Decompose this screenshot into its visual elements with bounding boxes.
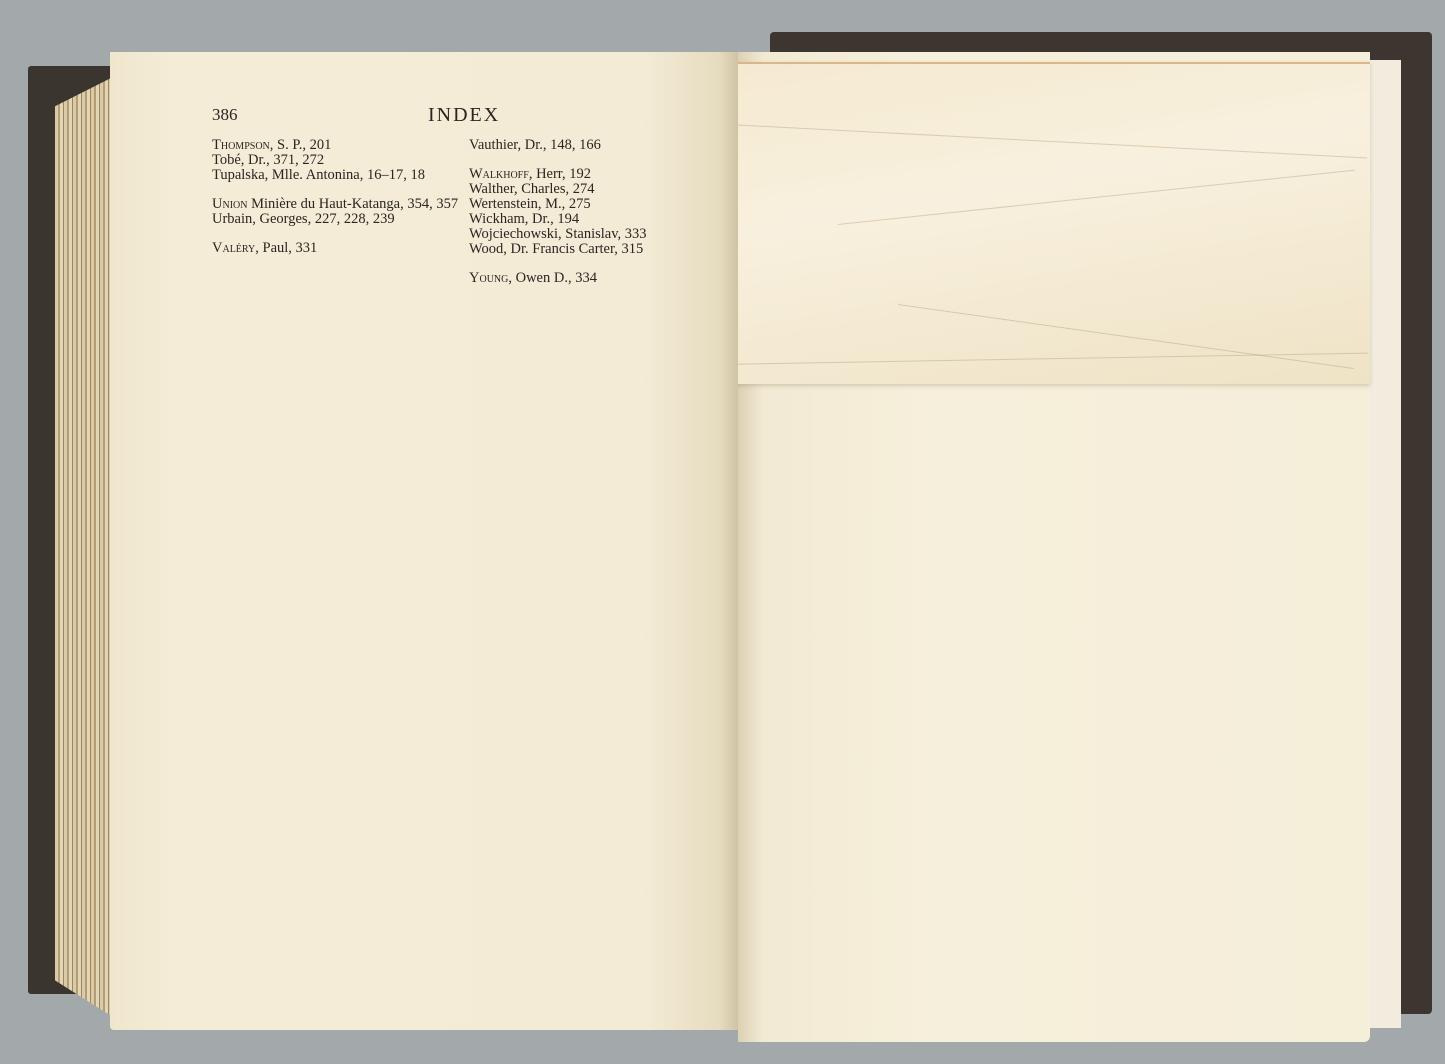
index-entry: Wojciechowski, Stanislav, 333: [469, 227, 709, 242]
index-entry: Tupalska, Mlle. Antonina, 16–17, 18: [212, 168, 462, 183]
index-entry: Wickham, Dr., 194: [469, 212, 709, 227]
index-entry: Walkhoff, Herr, 192: [469, 167, 709, 182]
index-entry: Union Minière du Haut-Katanga, 354, 357: [212, 197, 462, 212]
index-entry: Young, Owen D., 334: [469, 271, 709, 286]
page-number: 386: [212, 105, 238, 125]
index-entry: Tobé, Dr., 371, 272: [212, 153, 462, 168]
index-column-left: Thompson, S. P., 201 Tobé, Dr., 371, 272…: [212, 138, 462, 256]
index-entry: Thompson, S. P., 201: [212, 138, 462, 153]
index-entry: Walther, Charles, 274: [469, 182, 709, 197]
index-column-right: Vauthier, Dr., 148, 166 Walkhoff, Herr, …: [469, 138, 709, 286]
index-entry: Urbain, Georges, 227, 228, 239: [212, 212, 462, 227]
endpaper: [1368, 60, 1401, 1028]
folded-paper-flap: [718, 62, 1370, 384]
running-head: INDEX: [428, 104, 500, 127]
index-entry: Wood, Dr. Francis Carter, 315: [469, 242, 709, 257]
index-entry: Wertenstein, M., 275: [469, 197, 709, 212]
index-entry: Valéry, Paul, 331: [212, 241, 462, 256]
index-entry: Vauthier, Dr., 148, 166: [469, 138, 709, 153]
